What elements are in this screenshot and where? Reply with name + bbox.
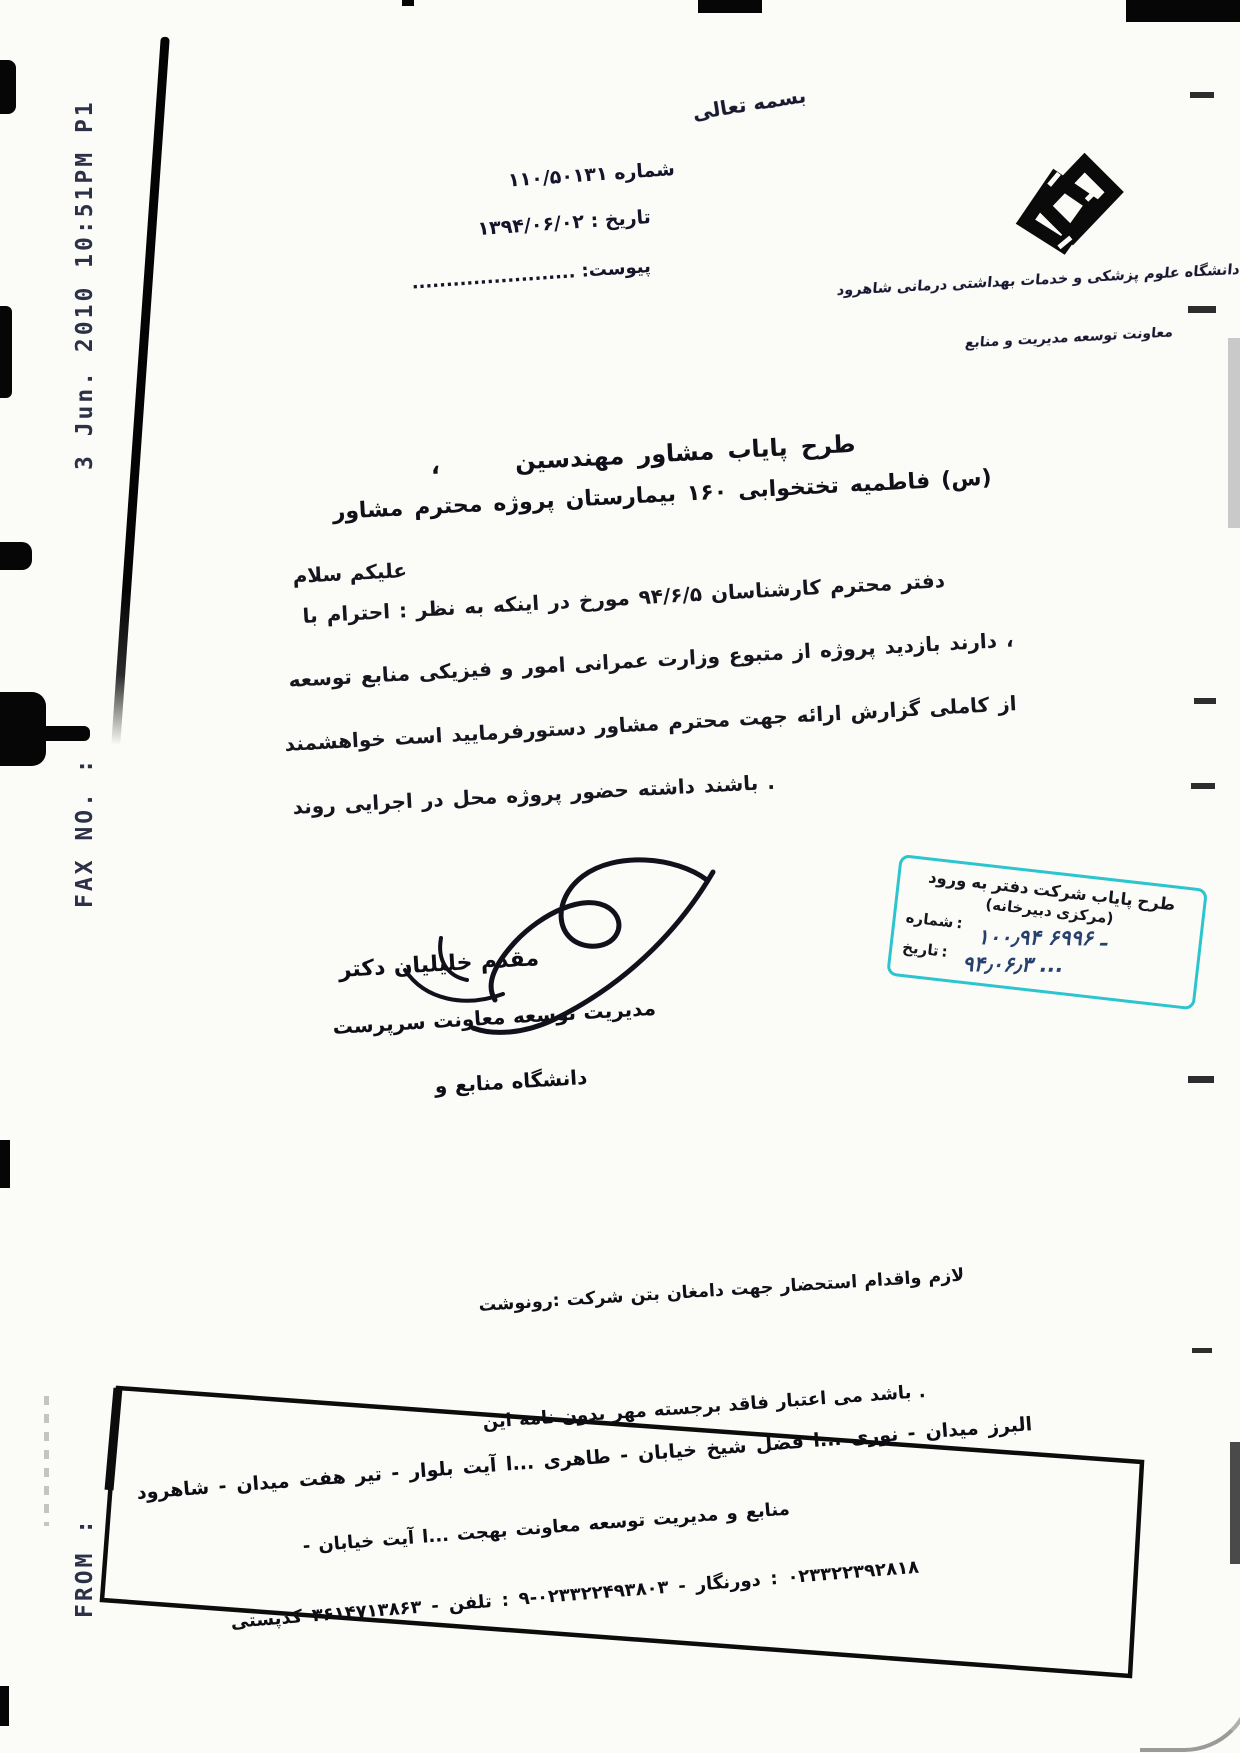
university-department: معاونت توسعه مدیریت و منابع [937,323,1200,353]
scan-blob [0,306,12,398]
stamp-date-label: تاریخ: [901,938,948,961]
letterhead-date-field: تاریخ : ۱۳۹۴/۰۶/۰۲ [369,206,652,248]
cc-line: رونوشت:شرکتبتندامغانجهتاستحضارواقداملازم [478,1265,965,1316]
recipient-line-1: ،مهندسینمشاورپایابطرح [430,430,856,480]
university-name: دانشگاه علوم پزشکی و خدمات بهداشتی درمان… [856,262,1240,298]
fax-number-label: FAX NO. : [72,756,98,908]
body-line-2: توسعهمنابعفیزیکیوامورعمرانیوزارتمتبوعازپ… [288,627,1014,691]
signatory-title-2: ومنابعدانشگاه [434,1065,588,1098]
body-line-3: خواهشمنداستدستورفرماییدمشاورمحترمجهتارائ… [284,691,1017,756]
bismillah: بسمه تعالی [691,83,808,125]
registration-stamp: ورودبهدفترشرکتپایابطرح (دبیرخانهمرکزی) ش… [886,854,1208,1010]
signature-scrawl [345,850,745,1055]
scan-dash [1194,698,1216,704]
university-logo [988,142,1126,264]
scan-smudge [44,1396,49,1526]
stamp-date-value: ۹۴٫۰۶٫۳ ... [962,952,1064,977]
scan-smudge [1230,1442,1240,1564]
scan-blob [28,726,90,741]
fax-timestamp: 3 Jun. 2010 10:51PM P1 [72,99,98,470]
scan-blob [0,60,16,114]
page-edge-line [111,37,170,746]
scan-dash [1191,783,1215,789]
scan-dash [1188,306,1216,313]
university-logo-icon [988,142,1126,264]
signature-icon [345,850,745,1055]
scan-blob [0,1140,10,1188]
scan-blob [0,542,32,570]
document-page: { "fax": { "timestamp": "3 Jun. 2010 10:… [0,0,1240,1753]
scan-smudge [1228,338,1240,528]
stamp-number-value: ۱۰۰٫۹۴ ـ ۶۹۹۶ [977,925,1106,950]
scan-mark-top [402,0,414,6]
scan-dash [1190,92,1214,98]
body-line-4: رونداجراییدرمحلپروژهحضورداشتهباشند. [292,770,775,819]
scan-mark-top-right [1126,0,1240,22]
scan-dash [1192,1348,1212,1353]
letterhead-number-field: شماره ۱۱۰/۵۰۱۳۱ [393,158,676,200]
letterhead-attachment-field: پیوست: ........................ [333,256,652,299]
salutation: سلامعلیکم [292,558,408,588]
stamp-number-label: شماره: [905,908,964,932]
scan-blob [0,1686,9,1726]
scan-mark-top [698,0,762,13]
scan-dash [1188,1076,1214,1083]
